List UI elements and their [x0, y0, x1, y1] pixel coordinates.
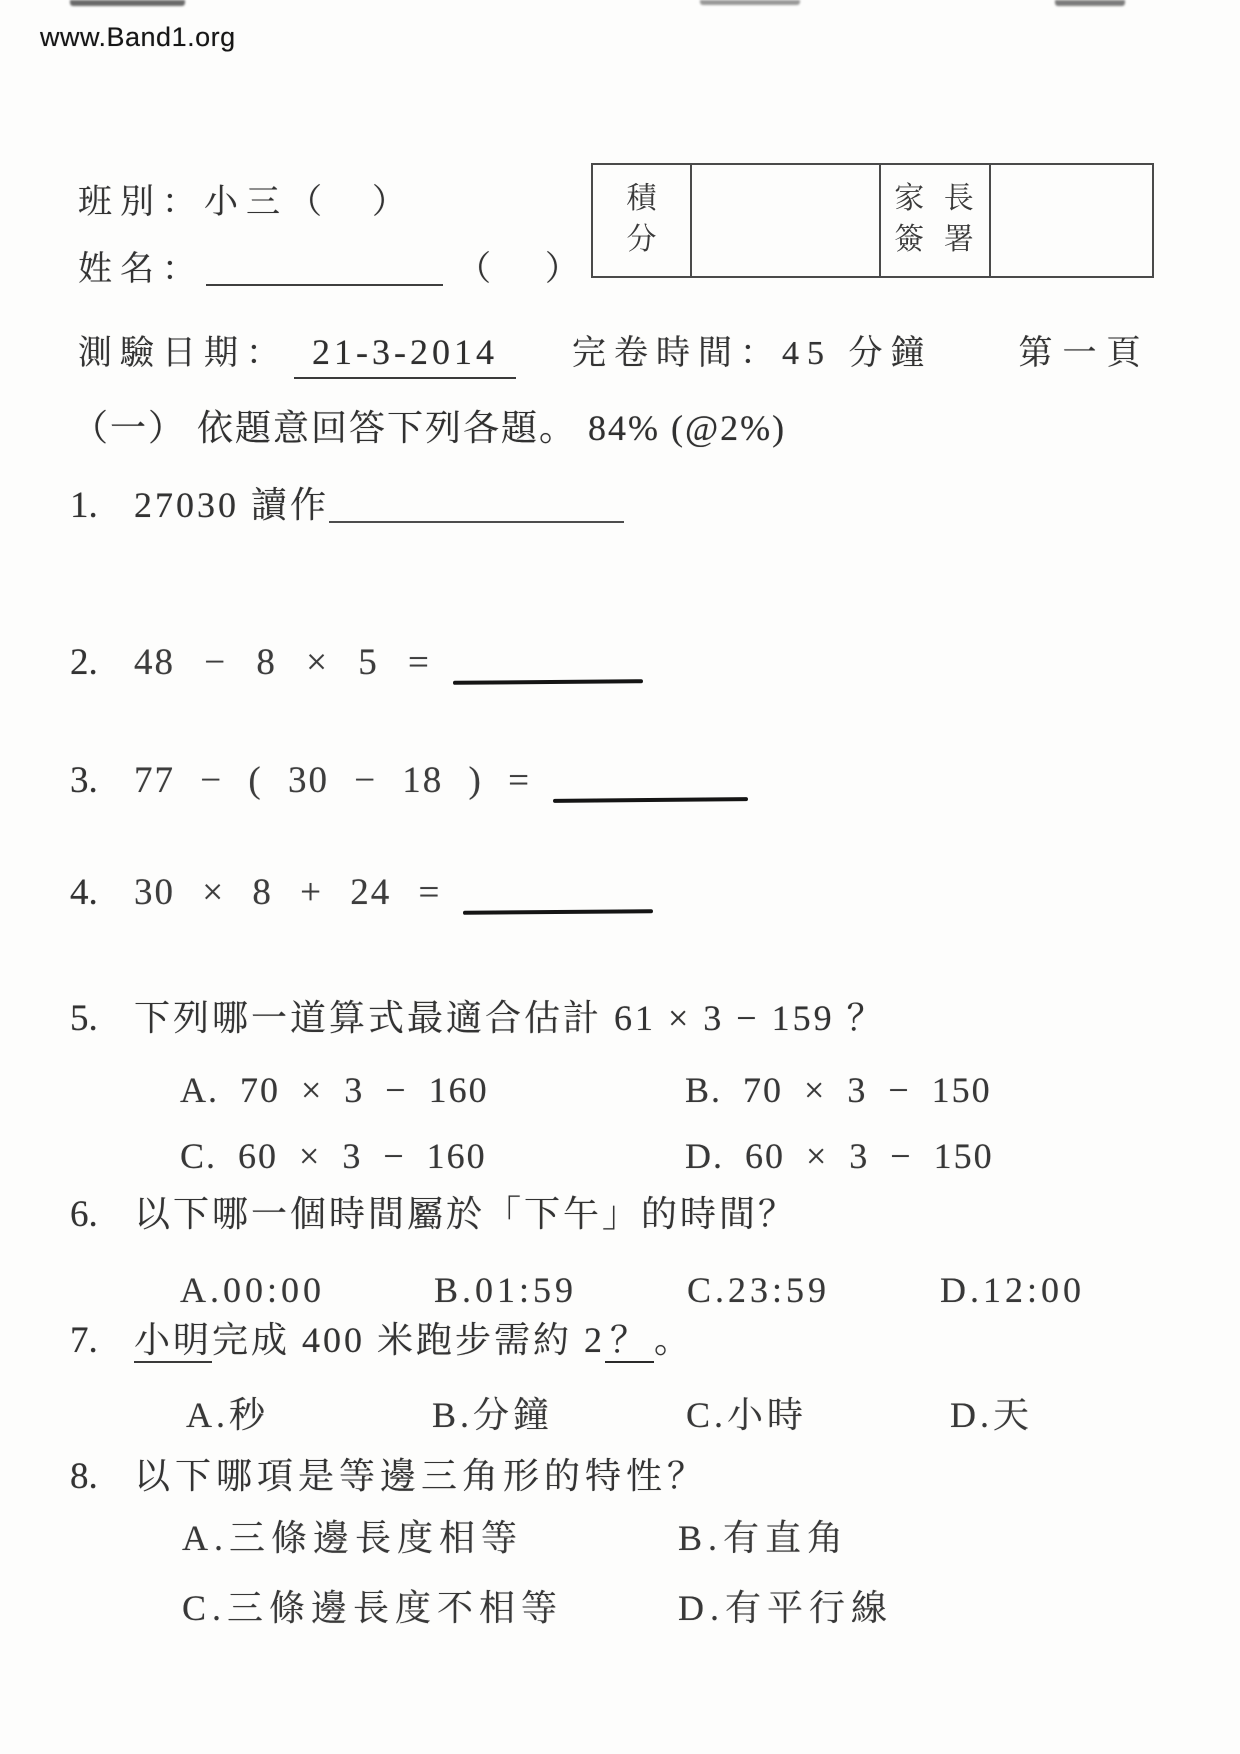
name-field: 姓名：（ ） [78, 250, 589, 289]
question-7-option-b: B.分鐘 [432, 1395, 553, 1436]
question-4-number: 4. [70, 872, 134, 915]
question-8-options-cd: C.三條邊長度不相等 D.有平行線 [0, 1588, 1240, 1636]
question-7-underlined-name: 小明 [134, 1320, 212, 1363]
question-5-number: 5. [70, 998, 134, 1041]
parent-signature-cell [991, 165, 1152, 276]
question-8: 8.以下哪項是等邊三角形的特性？ [70, 1456, 708, 1499]
question-8-option-d: D.有平行線 [678, 1588, 893, 1629]
score-label-char2: 分 [593, 219, 690, 260]
test-date-value: 21-3-2014 [294, 332, 516, 379]
name-label: 姓名： [78, 251, 204, 288]
score-value-cell [692, 165, 881, 276]
question-2-text: 48 − 8 × 5 = [134, 642, 431, 683]
class-field: 班別：小三（ ） [78, 183, 414, 222]
question-5-option-c: C. 60 × 3 − 160 [180, 1136, 487, 1177]
scan-artifact [1055, 0, 1125, 6]
page-number: 第一頁 [1018, 335, 1150, 372]
question-6-option-b: B.01:59 [434, 1270, 577, 1311]
question-8-option-a: A.三條邊長度相等 [182, 1518, 523, 1559]
question-4: 4.30 × 8 + 24 = [70, 872, 653, 915]
question-1-text: 27030 讀作 [134, 485, 329, 525]
question-7-options: A.秒 B.分鐘 C.小時 D.天 [0, 1395, 1240, 1443]
question-5-options-ab: A. 70 × 3 − 160 B. 70 × 3 − 150 [0, 1070, 1240, 1118]
question-7-text: 完成 400 米跑步需約 2 [212, 1320, 605, 1360]
question-6-option-c: C.23:59 [687, 1270, 830, 1311]
question-5-text: 下列哪一道算式最適合估計 61 × 3 − 159 ？ [134, 998, 886, 1038]
question-2: 2.48 − 8 × 5 = [70, 642, 643, 685]
question-8-option-c: C.三條邊長度不相等 [182, 1588, 563, 1629]
score-signature-box: 積 分 家 長 簽 署 [591, 163, 1154, 278]
question-3-text: 77 − ( 30 − 18 ) = [134, 760, 531, 801]
scanned-test-paper: www.Band1.org 班別：小三（ ） 積 分 家 長 簽 署 姓名：（ … [0, 0, 1240, 1754]
question-7-option-c: C.小時 [686, 1395, 807, 1436]
name-blank-line [206, 268, 443, 286]
question-4-text: 30 × 8 + 24 = [134, 872, 441, 913]
signature-label-line2: 簽 署 [885, 219, 989, 260]
question-8-text: 以下哪項是等邊三角形的特性？ [134, 1456, 708, 1496]
question-6: 6.以下哪一個時間屬於「下午」的時間？ [70, 1194, 797, 1237]
date-row: 測驗日期：21-3-2014完卷時間：45 分鐘第一頁 [78, 332, 1150, 379]
question-7-number: 7. [70, 1320, 134, 1363]
scan-artifact [70, 0, 185, 6]
question-3: 3.77 − ( 30 − 18 ) = [70, 760, 748, 803]
question-6-option-d: D.12:00 [940, 1270, 1085, 1311]
question-5-option-d: D. 60 × 3 − 150 [685, 1136, 994, 1177]
question-5: 5.下列哪一道算式最適合估計 61 × 3 − 159 ？ [70, 998, 886, 1041]
question-7-option-d: D.天 [950, 1395, 1033, 1436]
question-5-option-b: B. 70 × 3 − 150 [685, 1070, 992, 1111]
time-allowed-label: 完卷時間：45 分鐘 [572, 335, 933, 372]
watermark: www.Band1.org [40, 22, 236, 53]
name-paren: （ ） [457, 251, 589, 288]
question-6-option-a: A.00:00 [180, 1270, 325, 1311]
signature-label-line1: 家 長 [885, 178, 989, 219]
question-2-answer-line [453, 679, 643, 685]
question-5-options-cd: C. 60 × 3 − 160 D. 60 × 3 − 150 [0, 1136, 1240, 1184]
question-4-answer-line [463, 909, 653, 915]
question-6-options: A.00:00 B.01:59 C.23:59 D.12:00 [0, 1270, 1240, 1318]
question-3-answer-line [553, 797, 748, 803]
question-6-text: 以下哪一個時間屬於「下午」的時間？ [134, 1194, 797, 1234]
scan-artifact [700, 0, 800, 5]
score-label-cell: 積 分 [593, 165, 692, 276]
question-1-number: 1. [70, 485, 134, 528]
parent-signature-label-cell: 家 長 簽 署 [881, 165, 991, 276]
question-6-number: 6. [70, 1194, 134, 1237]
section-title: （一） 依題意回答下列各題。 84% (@2%) [72, 408, 786, 449]
question-3-number: 3. [70, 760, 134, 803]
question-1: 1.27030 讀作 [70, 485, 624, 528]
test-date-label: 測驗日期： [78, 335, 288, 372]
question-7-option-a: A.秒 [186, 1395, 269, 1436]
question-2-number: 2. [70, 642, 134, 685]
score-label-char1: 積 [593, 178, 690, 219]
question-8-option-b: B.有直角 [678, 1518, 849, 1559]
question-8-number: 8. [70, 1456, 134, 1499]
question-8-options-ab: A.三條邊長度相等 B.有直角 [0, 1518, 1240, 1566]
question-7: 7.小明完成 400 米跑步需約 2？。 [70, 1320, 693, 1363]
question-5-option-a: A. 70 × 3 − 160 [180, 1070, 489, 1111]
question-7-underlined-question-mark: ？ [605, 1320, 654, 1363]
question-1-answer-blank [329, 485, 624, 523]
question-7-period: 。 [654, 1320, 693, 1360]
